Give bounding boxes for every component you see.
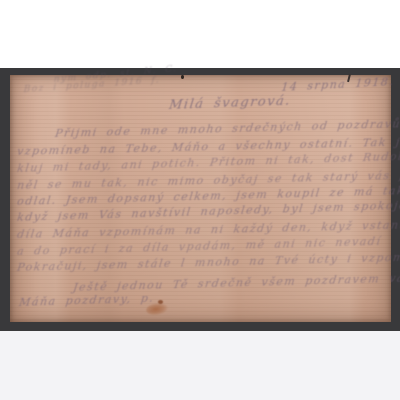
postcard-photo: nym odp. st. N. C. Boz i poluga 1916 f. …: [0, 68, 400, 331]
stain-mark: [158, 300, 163, 304]
scan-margin-bottom: [0, 331, 400, 400]
handwritten-date: 14 srpna 1918.: [281, 75, 395, 94]
signature-line: Máňa pozdravy, p.: [18, 292, 155, 309]
closing-line: Ještě jednou Tě srdečně všem pozdravem v…: [72, 270, 400, 294]
dust-speck: [181, 75, 184, 79]
salutation: Milá švagrová.: [168, 94, 292, 113]
postcard: nym odp. st. N. C. Boz i poluga 1916 f. …: [10, 75, 391, 322]
